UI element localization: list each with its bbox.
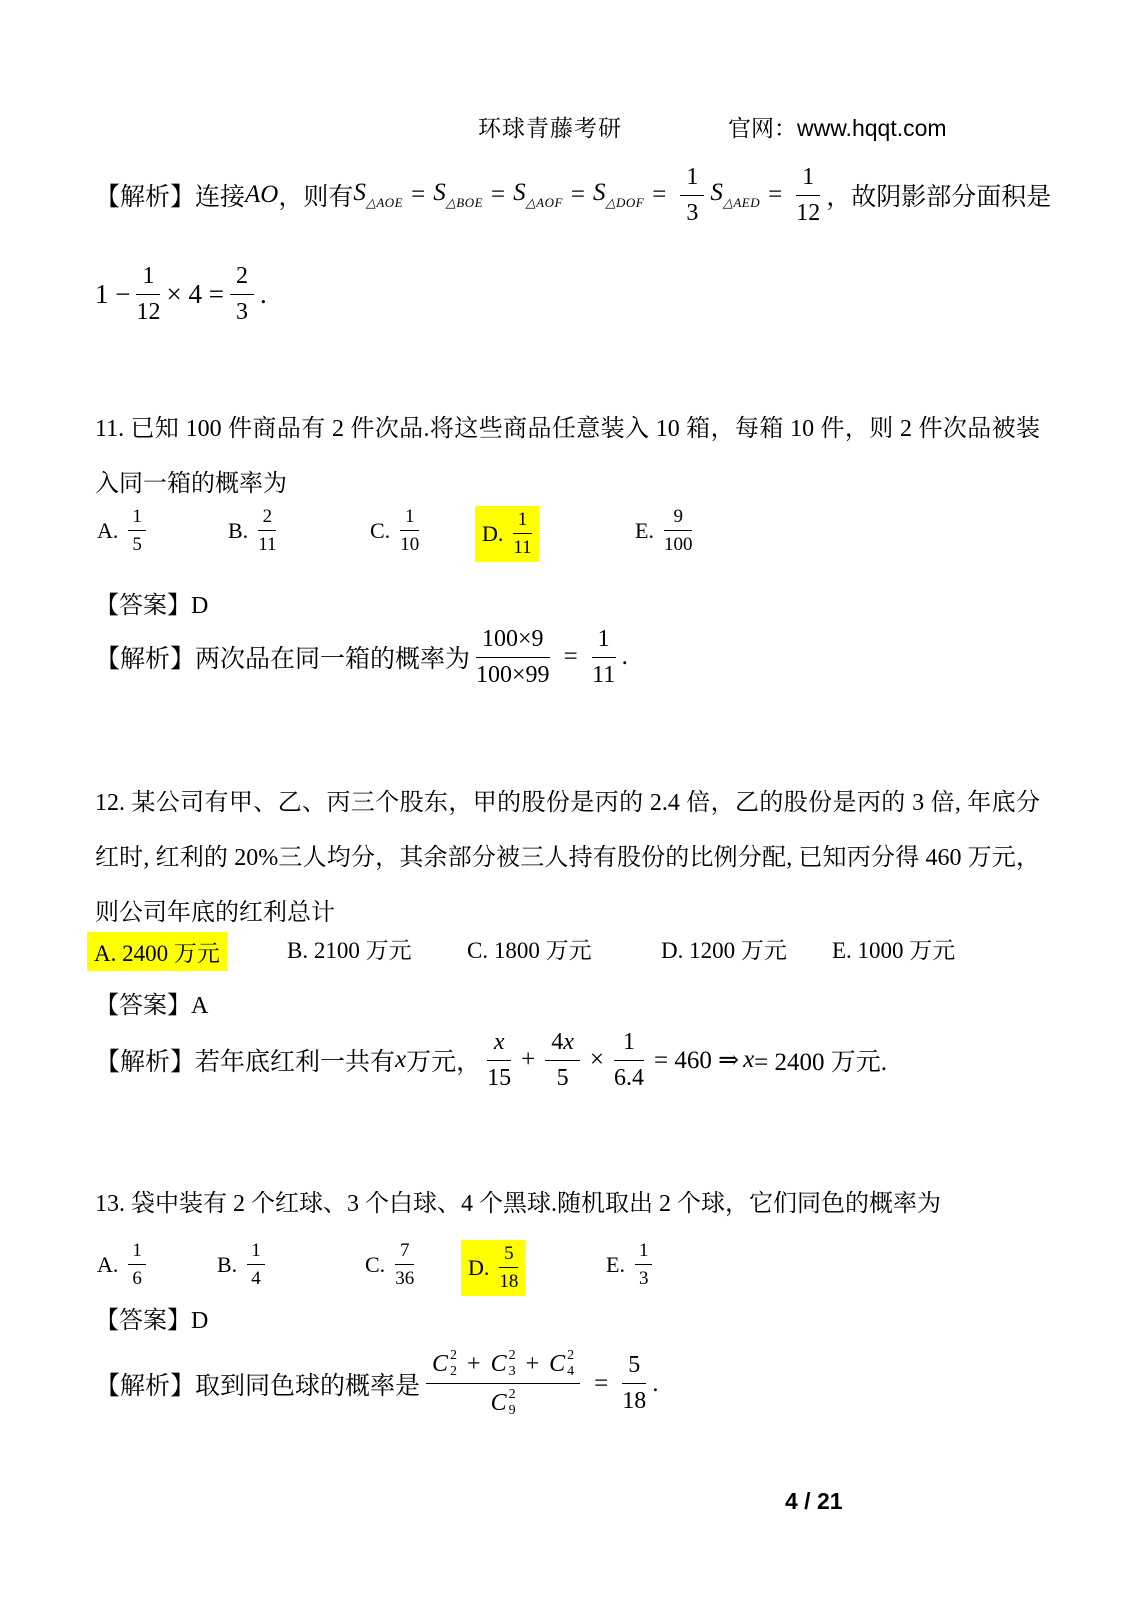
math-term-C22: C22 [432, 1348, 457, 1380]
fraction-numerator: 5 [622, 1351, 646, 1384]
math-term-S-AOE: S△AOE [353, 179, 403, 211]
option-13-e: E. 13 [606, 1240, 652, 1290]
option-11-c: C. 110 [370, 506, 419, 556]
fraction-numerator: 1 [635, 1240, 653, 1265]
fraction-numerator: 2 [258, 506, 276, 531]
fraction-combinations: C22 + C23 + C24 C29 [426, 1348, 580, 1419]
option-13-a: A. 16 [97, 1240, 146, 1290]
fraction-numerator: 1 [592, 625, 616, 658]
fraction-two-thirds: 23 [230, 262, 254, 327]
fraction-x-15: x15 [487, 1028, 511, 1093]
question-12-options: A. 2400 万元 B. 2100 万元 C. 1800 万元 D. 1200… [95, 932, 1095, 982]
period: . [622, 643, 628, 671]
solution-analysis-q11: 【解析】两次品在同一箱的概率为 100×9100×99 = 111 . [95, 625, 628, 690]
superscript: 2 [509, 1387, 516, 1403]
solution-text: ，则有 [278, 177, 353, 213]
superscript: 2 [509, 1348, 516, 1364]
math-term-C32: C23 [491, 1348, 516, 1380]
page-header: 环球青藤考研 官网：www.hqqt.com [95, 110, 1055, 143]
option-12-c: C. 1800 万元 [467, 932, 592, 965]
option-label: A. [97, 518, 118, 544]
question-11-text: 11. 已知 100 件商品有 2 件次品.将这些商品任意装入 10 箱，每箱 … [95, 402, 1040, 512]
math-term-S-BOE: S△BOE [433, 179, 483, 211]
document-page: 环球青藤考研 官网：www.hqqt.com 【解析】连接 AO ，则有 S△A… [0, 0, 1131, 1600]
option-label: D. [468, 1255, 489, 1281]
fraction-numerator: 2 [230, 262, 254, 295]
subscript: 2 [450, 1364, 457, 1380]
fraction-numerator: 1 [400, 506, 419, 531]
question-12-answer: 【答案】A [95, 985, 208, 1020]
question-11-answer: 【答案】D [95, 585, 208, 620]
math-var-x: x [743, 1046, 754, 1074]
option-12-a-highlighted: A. 2400 万元 [87, 932, 227, 971]
math-var-AO: AO [245, 181, 278, 209]
option-label: C. [370, 518, 390, 544]
option-12-e: E. 1000 万元 [832, 932, 955, 965]
equals-sign: = [768, 181, 782, 209]
question-13-answer: 【答案】D [95, 1300, 208, 1335]
fraction-result: 111 [592, 625, 616, 690]
fraction-one-twelfth: 112 [136, 262, 160, 327]
option-12-d: D. 1200 万元 [661, 932, 787, 965]
fraction-denominator: C29 [426, 1384, 580, 1419]
solution-text: ，故阴影部分面积是 [826, 177, 1051, 213]
plus-sign: + [526, 1351, 540, 1377]
math-var-x: x [395, 1046, 406, 1074]
solution-analysis-q12: 【解析】若年底红利一共有 x 万元， x15 + 4x5 × 16.4 = 46… [95, 1028, 887, 1093]
subscript: △AOF [526, 195, 563, 210]
equals-sign: = [652, 181, 666, 209]
option-13-c: C. 736 [365, 1240, 414, 1290]
fraction-numerator: 1 [128, 506, 146, 531]
math-term-C92: C29 [491, 1387, 516, 1419]
fraction-denominator: 15 [487, 1061, 511, 1093]
option-11-a: A. 15 [97, 506, 146, 556]
option-label: E. [606, 1252, 625, 1278]
option-label: A. [97, 1252, 118, 1278]
fraction-denominator: 11 [513, 534, 531, 559]
option-13-b: B. 14 [217, 1240, 265, 1290]
page-number: 4 / 21 [785, 1488, 843, 1514]
fraction-numerator: 1 [136, 262, 160, 295]
solution-text: 【解析】两次品在同一箱的概率为 [95, 639, 470, 675]
page-footer: 4 / 21 [785, 1488, 843, 1515]
brand-name: 环球青藤考研 [478, 110, 622, 143]
option-fraction: 9100 [664, 506, 693, 556]
solution-analysis-q10: 【解析】连接 AO ，则有 S△AOE = S△BOE = S△AOF = S△… [95, 163, 1051, 228]
fraction-numerator: 100×9 [476, 625, 550, 658]
plus-sign: + [467, 1351, 481, 1377]
formula-lead: 1 − [95, 279, 130, 310]
solution-text: 万元， [406, 1042, 481, 1078]
math-term-S-DOF: S△DOF [593, 179, 644, 211]
math-term-C42: C24 [549, 1348, 574, 1380]
fraction-numerator: 5 [499, 1243, 518, 1268]
option-label: C. [365, 1252, 385, 1278]
question-11-options: A. 15 B. 211 C. 110 D. 111 E. 9100 [95, 502, 1095, 574]
fraction-probability: 100×9100×99 [476, 625, 550, 690]
formula-mid: × 4 = [166, 279, 223, 310]
option-label: B. [217, 1252, 237, 1278]
question-13-options: A. 16 B. 14 C. 736 D. 518 E. 13 [95, 1236, 1095, 1308]
fraction-numerator: 4x [545, 1028, 580, 1061]
math-term-S-AED: S△AED [710, 179, 760, 211]
period: . [652, 1370, 658, 1398]
fraction-numerator: C22 + C23 + C24 [426, 1348, 580, 1384]
subscript: △DOF [606, 195, 645, 210]
fraction-numerator: 7 [395, 1240, 414, 1265]
option-fraction: 15 [128, 506, 146, 556]
question-13-text: 13. 袋中装有 2 个红球、3 个白球、4 个黑球.随机取出 2 个球，它们同… [95, 1177, 1040, 1232]
subscript: △AED [723, 195, 760, 210]
equals-sign: = [571, 181, 585, 209]
subscript: △AOE [366, 195, 403, 210]
option-11-b: B. 211 [228, 506, 276, 556]
solution-text: 【解析】连接 [95, 177, 245, 213]
equals-sign: = [491, 181, 505, 209]
fraction-numerator: 9 [664, 506, 693, 531]
subscript: 4 [567, 1364, 574, 1380]
option-13-d-highlighted: D. 518 [461, 1240, 525, 1296]
option-fraction: 16 [128, 1240, 146, 1290]
solution-text: 【解析】若年底红利一共有 [95, 1042, 395, 1078]
option-11-e: E. 9100 [635, 506, 692, 556]
superscript: 2 [567, 1348, 574, 1364]
times-sign: × [590, 1046, 604, 1074]
option-label: E. [635, 518, 654, 544]
math-term-S-AOF: S△AOF [513, 179, 563, 211]
fraction-1-6点4: 16.4 [614, 1028, 644, 1093]
option-fraction: 518 [499, 1243, 518, 1293]
formula-shaded-area: 1 − 112 × 4 = 23 . [95, 262, 267, 327]
fraction-denominator: 12 [796, 196, 820, 228]
fraction-denominator: 11 [592, 658, 616, 690]
equals-sign: = [411, 181, 425, 209]
fraction-numerator: 1 [796, 163, 820, 196]
fraction-denominator: 4 [247, 1265, 265, 1290]
fraction-denominator: 11 [258, 531, 276, 556]
equals-implies: = 460 ⇒ [654, 1045, 739, 1075]
subscript: 3 [509, 1364, 516, 1380]
plus-sign: + [521, 1046, 535, 1074]
fraction-one-third: 13 [680, 163, 704, 228]
option-fraction: 736 [395, 1240, 414, 1290]
fraction-numerator: x [487, 1028, 511, 1061]
fraction-denominator: 3 [680, 196, 704, 228]
fraction-one-twelfth: 112 [796, 163, 820, 228]
option-fraction: 211 [258, 506, 276, 556]
official-site-url: 官网：www.hqqt.com [728, 110, 947, 143]
fraction-denominator: 36 [395, 1265, 414, 1290]
option-12-b: B. 2100 万元 [287, 932, 412, 965]
equals-sign: = [594, 1370, 608, 1398]
fraction-denominator: 6 [128, 1265, 146, 1290]
period: . [260, 279, 267, 310]
fraction-result: 518 [622, 1351, 646, 1416]
fraction-numerator: 1 [247, 1240, 265, 1265]
question-12-text: 12. 某公司有甲、乙、丙三个股东，甲的股份是丙的 2.4 倍，乙的股份是丙的 … [95, 776, 1040, 942]
option-fraction: 111 [513, 509, 531, 559]
fraction-denominator: 5 [128, 531, 146, 556]
equals-sign: = [564, 643, 578, 671]
fraction-denominator: 12 [136, 295, 160, 327]
solution-analysis-q13: 【解析】取到同色球的概率是 C22 + C23 + C24 C29 = 518 … [95, 1348, 659, 1419]
fraction-numerator: 1 [513, 509, 531, 534]
fraction-denominator: 6.4 [614, 1061, 644, 1093]
fraction-numerator: 1 [614, 1028, 644, 1061]
fraction-denominator: 5 [545, 1061, 580, 1093]
fraction-denominator: 18 [622, 1384, 646, 1416]
option-fraction: 13 [635, 1240, 653, 1290]
subscript: 9 [509, 1403, 516, 1419]
option-label: D. [482, 521, 503, 547]
fraction-denominator: 100×99 [476, 658, 550, 690]
option-fraction: 14 [247, 1240, 265, 1290]
option-fraction: 110 [400, 506, 419, 556]
fraction-denominator: 3 [635, 1265, 653, 1290]
superscript: 2 [450, 1348, 457, 1364]
fraction-4x-5: 4x5 [545, 1028, 580, 1093]
fraction-denominator: 3 [230, 295, 254, 327]
option-11-d-highlighted: D. 111 [475, 506, 539, 562]
fraction-denominator: 100 [664, 531, 693, 556]
fraction-numerator: 1 [680, 163, 704, 196]
solution-text: = 2400 万元. [754, 1042, 887, 1078]
fraction-denominator: 10 [400, 531, 419, 556]
fraction-denominator: 18 [499, 1268, 518, 1293]
fraction-numerator: 1 [128, 1240, 146, 1265]
subscript: △BOE [446, 195, 483, 210]
option-label: B. [228, 518, 248, 544]
solution-text: 【解析】取到同色球的概率是 [95, 1366, 420, 1402]
